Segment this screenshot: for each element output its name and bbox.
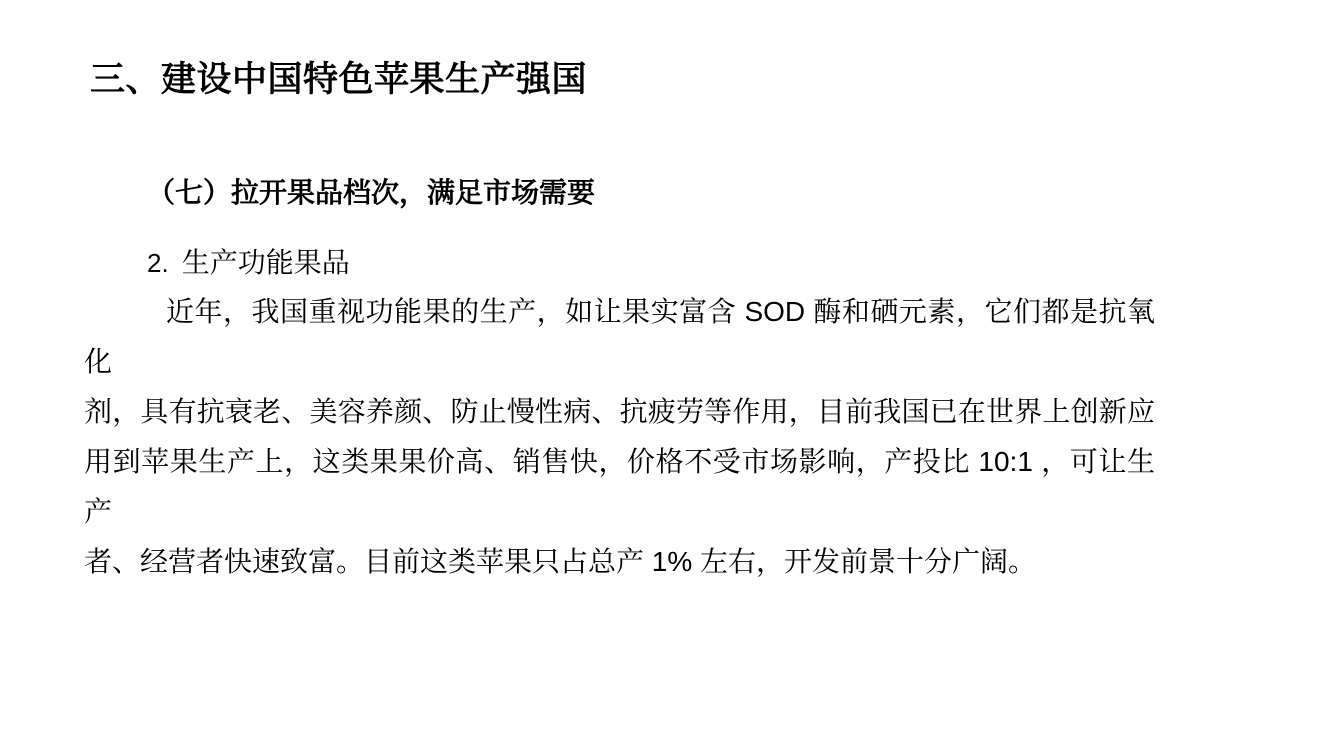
page-title: 三、建设中国特色苹果生产强国	[90, 52, 587, 102]
item-title: 生产功能果品	[182, 247, 350, 278]
paragraph-line-1: 近年，我国重视功能果的生产，如让果实富含 SOD 酶和硒元素，它们都是抗氧化	[84, 287, 1155, 387]
section-heading: （七）拉开果品档次，满足市场需要	[147, 171, 595, 211]
paragraph-line-4: 者、经营者快速致富。目前这类苹果只占总产 1% 左右，开发前景十分广阔。	[84, 537, 1155, 587]
paragraph-line-2: 剂，具有抗衰老、美容养颜、防止慢性病、抗疲劳等作用，目前我国已在世界上创新应	[84, 387, 1155, 437]
item-number: 2.	[147, 248, 169, 278]
item-line: 2.生产功能果品	[147, 241, 350, 281]
paragraph-line-3: 用到苹果生产上，这类果果价高、销售快，价格不受市场影响，产投比 10:1 ，可让…	[84, 437, 1155, 537]
body-paragraph: 近年，我国重视功能果的生产，如让果实富含 SOD 酶和硒元素，它们都是抗氧化 剂…	[84, 287, 1155, 587]
slide: 三、建设中国特色苹果生产强国 （七）拉开果品档次，满足市场需要 2.生产功能果品…	[0, 0, 1333, 750]
